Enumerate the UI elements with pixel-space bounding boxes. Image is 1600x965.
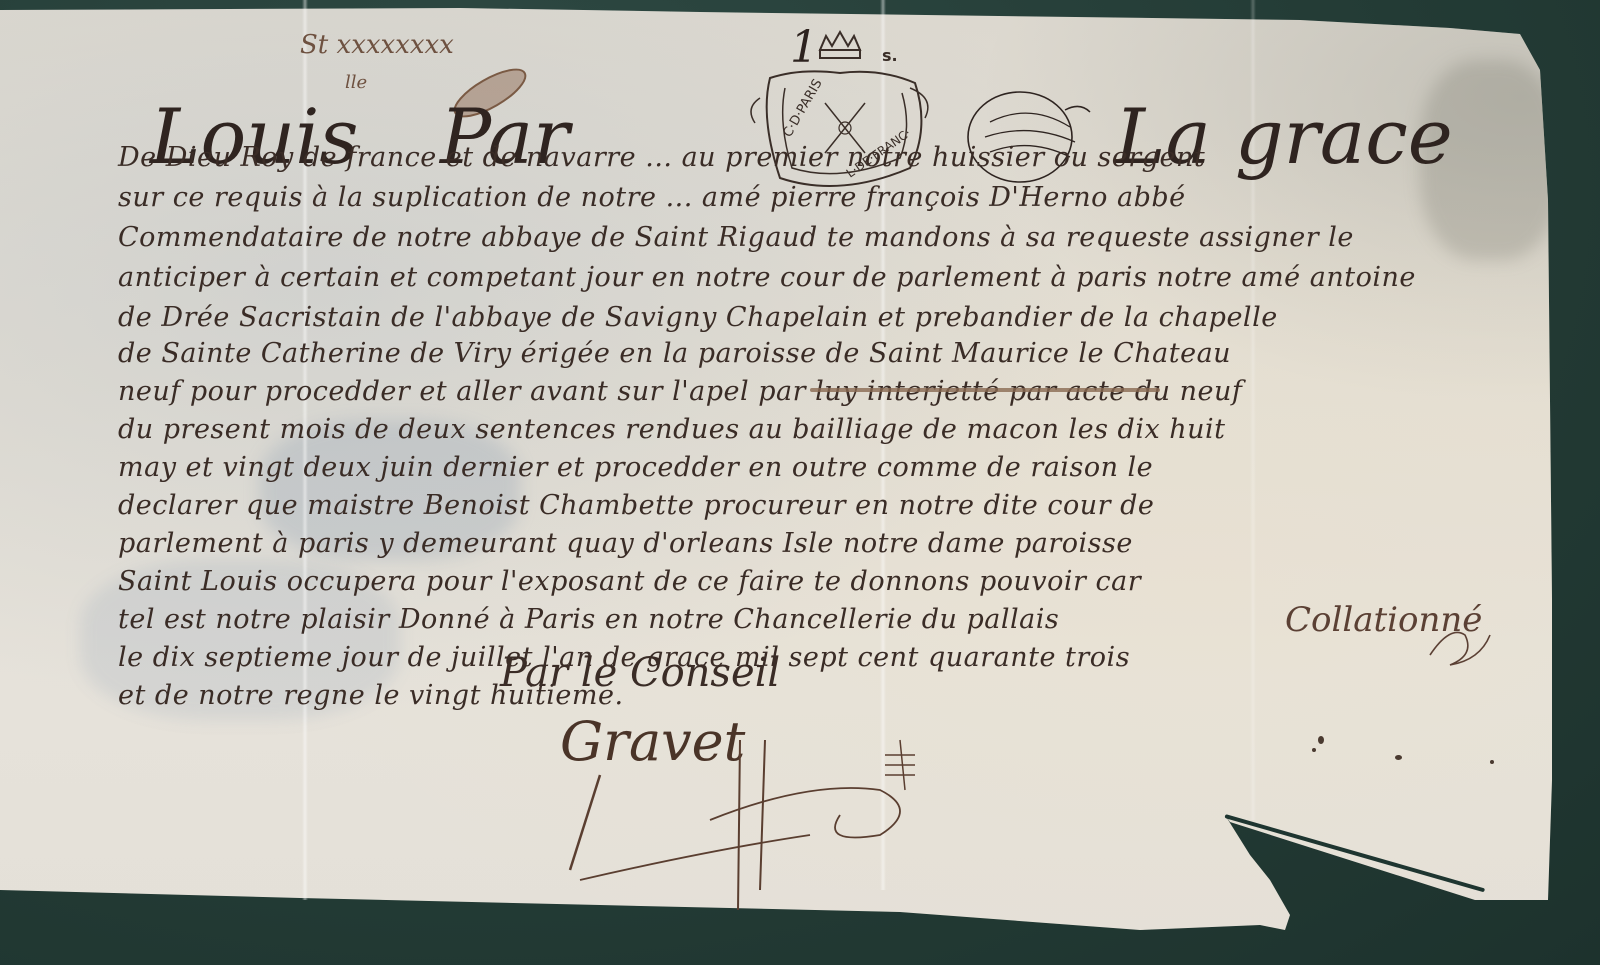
body-line: de Drée Sacristain de l'abbaye de Savign… [118,302,1278,333]
collation-paraph-icon [1420,615,1500,675]
body-line: tel est notre plaisir Donné à Paris en n… [118,604,1059,635]
svg-text:C·D·PARIS: C·D·PARIS [780,77,825,140]
body-line: Commendataire de notre abbaye de Saint R… [118,222,1354,253]
signature-paraph-icon [560,720,980,930]
underline-stroke [810,388,1160,392]
ink-spot [1312,748,1316,752]
ink-spot [1395,755,1402,760]
ink-spot [1318,736,1324,744]
body-line: anticiper à certain et competant jour en… [118,262,1416,293]
body-line: De Dieu Roy de france et de navarre ... … [118,142,1205,173]
top-annotation-sub: lle [345,72,367,93]
calligraphic-flourish-icon [960,82,1100,192]
body-line: de Sainte Catherine de Viry érigée en la… [118,338,1231,369]
top-annotation: St xxxxxxxx [300,30,454,60]
body-line: Saint Louis occupera pour l'exposant de … [118,566,1141,597]
body-line: parlement à paris y demeurant quay d'orl… [118,528,1133,559]
body-line: may et vingt deux juin dernier et proced… [118,452,1153,483]
body-line: sur ce requis à la suplication de notre … [118,182,1186,213]
body-line: du present mois de deux sentences rendue… [118,414,1226,445]
body-line: declarer que maistre Benoist Chambette p… [118,490,1154,521]
par-le-conseil: Par le Conseil [500,650,780,696]
ink-spot [1490,760,1494,764]
